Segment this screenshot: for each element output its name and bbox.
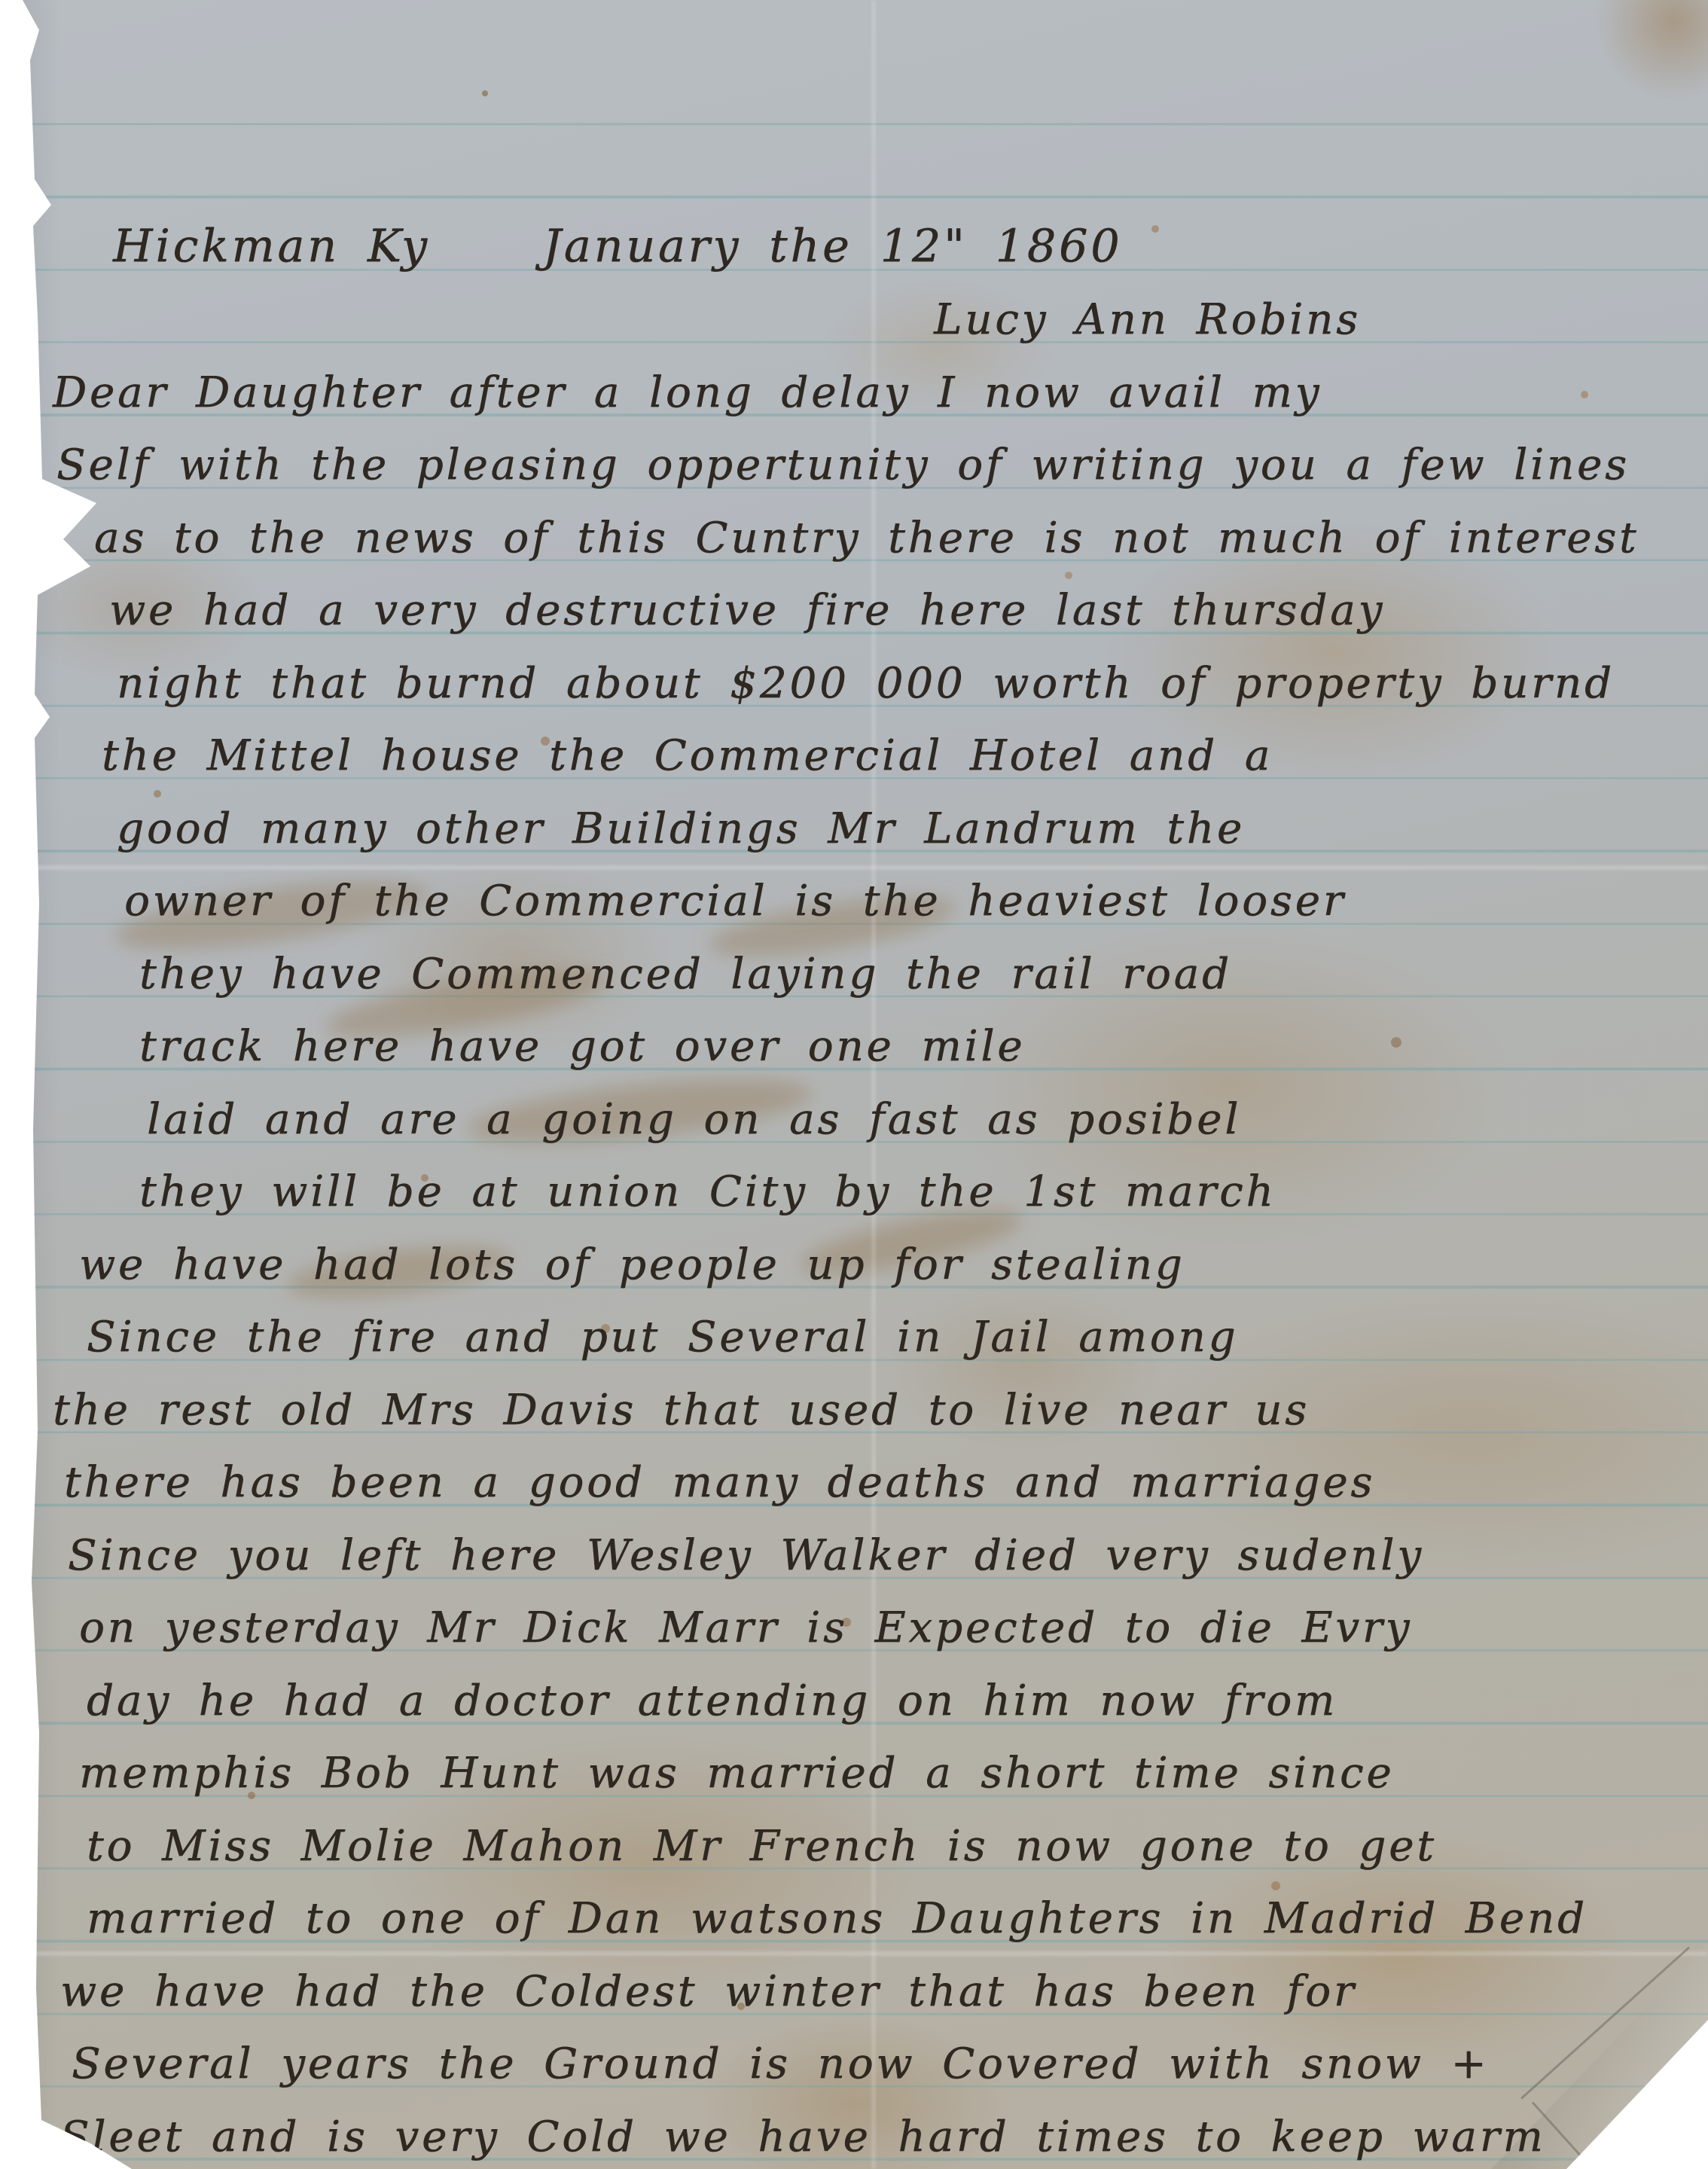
letter-line: married to one of Dan watsons Daughters … [0,1862,1708,1935]
letter-line-text: we had a very destructive fire here last… [109,590,1385,632]
letter-line-text: to Miss Molie Mahon Mr French is now gon… [87,1826,1437,1868]
dateline: Hickman Ky January the 12" 1860 [0,190,1708,263]
letter-line: owner of the Commercial is the heaviest … [0,844,1708,917]
letter-line: Dear Daughter after a long delay I now a… [0,335,1708,408]
letter-line-text: track here have got over one mile [139,1026,1025,1068]
letter-line-text: they have Commenced laying the rail road [139,953,1232,996]
letter-line: night that burnd about $200 000 worth of… [0,626,1708,699]
letter-line-text: on yesterday Mr Dick Marr is Expected to… [79,1607,1412,1649]
letter-line: as to the news of this Cuntry there is n… [0,480,1708,554]
letter-line-text: the Mittel house the Commercial Hotel an… [102,735,1273,777]
letter-line-text: married to one of Dan watsons Daughters … [87,1898,1588,1940]
letter-line-text: the rest old Mrs Davis that used to live… [53,1390,1310,1432]
letter-line: we had a very destructive fire here last… [0,554,1708,627]
letter-line: Self with the pleasing oppertunity of wr… [0,408,1708,481]
letter-line: Since you left here Wesley Walker died v… [0,1498,1708,1571]
letter-line-text: good many other Buildings Mr Landrum the [117,808,1245,850]
letter-line: day he had a doctor attending on him now… [0,1643,1708,1716]
letter-line: the rest old Mrs Davis that used to live… [0,1353,1708,1426]
letter-line: Sleet and is very Cold we have hard time… [0,2079,1708,2152]
letter-line-text: owner of the Commercial is the heaviest … [124,880,1347,923]
letter-line-text: as to the news of this Cuntry there is n… [94,517,1639,560]
dateline-place: Hickman Ky [113,224,430,269]
letter-line: track here have got over one mile [0,990,1708,1063]
letter-line: they have Commenced laying the rail road [0,917,1708,990]
letter-line-text: they will be at union City by the 1st ma… [139,1171,1276,1213]
recipient-line: Lucy Ann Robins [0,263,1708,336]
letter-line: Several years the Ground is now Covered … [0,2007,1708,2080]
dateline-date: January the 12" 1860 [543,224,1123,269]
letter-line: laid and are a going on as fast as posib… [0,1062,1708,1135]
letter-content: Hickman Ky January the 12" 1860 Lucy Ann… [0,190,1708,2152]
letter-line: on yesterday Mr Dick Marr is Expected to… [0,1571,1708,1644]
letter-line: we have had lots of people up for steali… [0,1207,1708,1280]
scanned-letter-page: Hickman Ky January the 12" 1860 Lucy Ann… [0,0,1708,2169]
letter-line: memphis Bob Hunt was married a short tim… [0,1716,1708,1789]
letter-line-text: we have had the Coldest winter that has … [60,1971,1357,2013]
letter-line-text: night that burnd about $200 000 worth of… [117,663,1615,705]
letter-line: to Miss Molie Mahon Mr French is now gon… [0,1789,1708,1862]
letter-line-text: Sleet and is very Cold we have hard time… [60,2116,1546,2158]
letter-line-text: Since the fire and put Several in Jail a… [87,1316,1238,1359]
letter-line: good many other Buildings Mr Landrum the [0,771,1708,844]
letter-line-text: Self with the pleasing oppertunity of wr… [56,444,1630,487]
letter-line-text: laid and are a going on as fast as posib… [147,1099,1241,1141]
letter-line-text: Dear Daughter after a long delay I now a… [53,372,1322,414]
letter-line: the Mittel house the Commercial Hotel an… [0,699,1708,772]
letter-line-text: day he had a doctor attending on him now… [87,1680,1337,1722]
letter-line-text: Since you left here Wesley Walker died v… [68,1535,1424,1577]
letter-line-text: there has been a good many deaths and ma… [64,1462,1375,1504]
letter-line-text: Several years the Ground is now Covered … [72,2043,1489,2085]
recipient-name: Lucy Ann Robins [934,299,1361,341]
paper-sheet: Hickman Ky January the 12" 1860 Lucy Ann… [0,0,1708,2169]
letter-line: there has been a good many deaths and ma… [0,1426,1708,1499]
letter-line-text: memphis Bob Hunt was married a short tim… [79,1753,1395,1795]
letter-line: they will be at union City by the 1st ma… [0,1135,1708,1208]
stain-specks [482,90,488,96]
letter-line: Since the fire and put Several in Jail a… [0,1280,1708,1353]
letter-line-text: we have had lots of people up for steali… [79,1244,1185,1286]
letter-line: we have had the Coldest winter that has … [0,1934,1708,2007]
